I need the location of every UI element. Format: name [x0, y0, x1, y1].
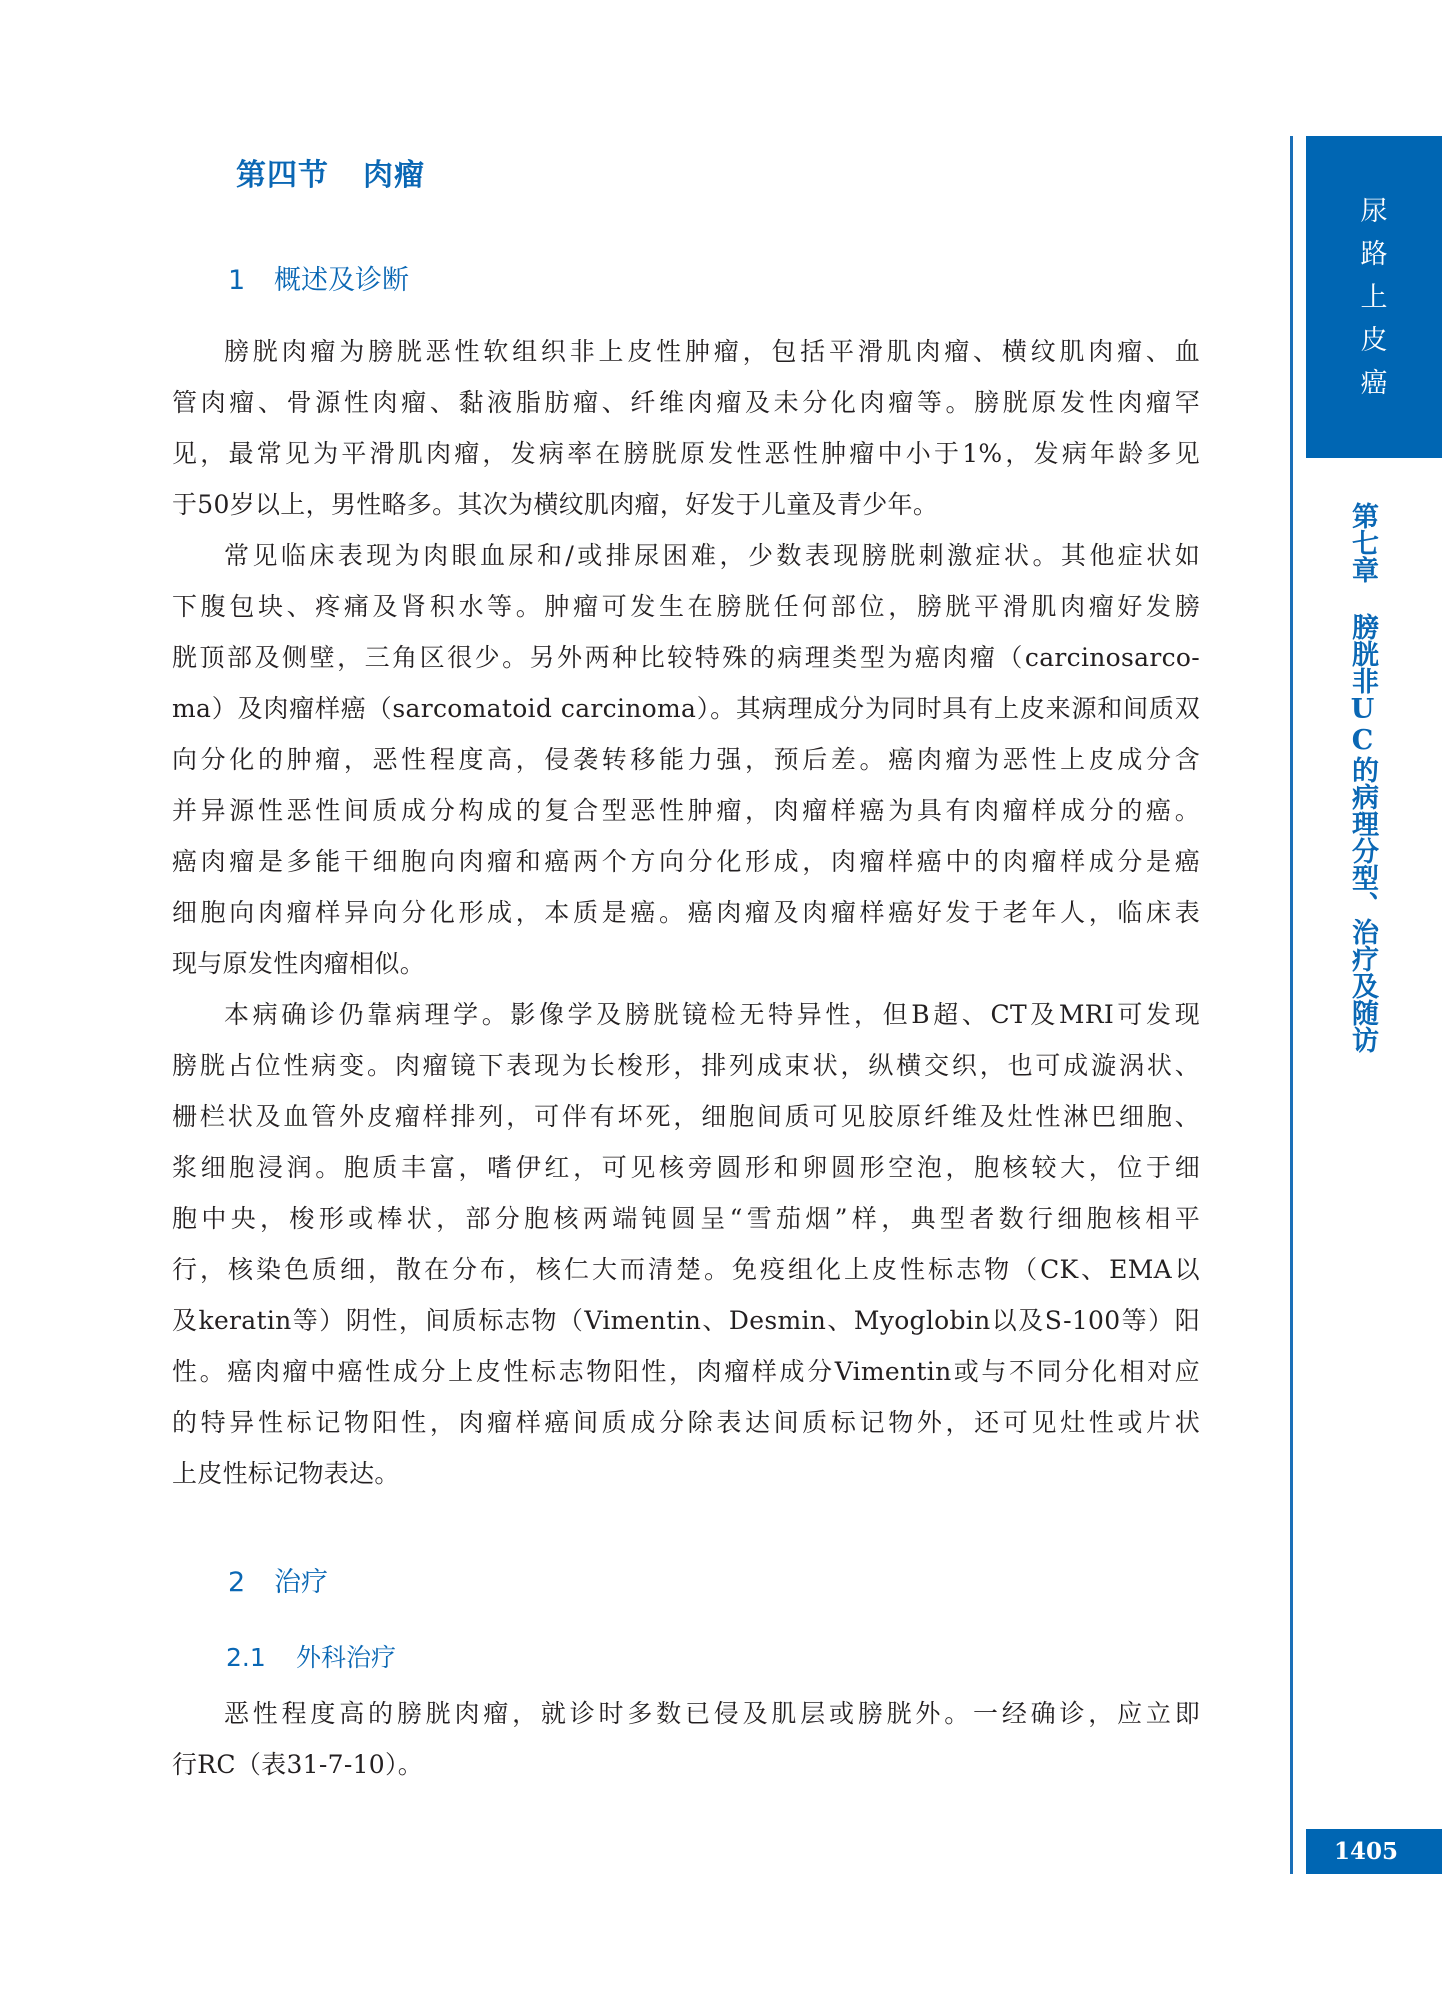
heading-number: 2.1: [226, 1643, 296, 1672]
text-line: 胱顶部及侧壁，三角区很少。另外两种比较特殊的病理类型为癌肉瘤（carcinosa…: [172, 632, 1200, 683]
text-line: 常见临床表现为肉眼血尿和/或排尿困难，少数表现膀胱刺激症状。其他症状如: [172, 530, 1200, 581]
text-line: ma）及肉瘤样癌（sarcomatoid carcinoma）。其病理成分为同时…: [172, 683, 1200, 734]
text-line: 行RC（表31-7-10）。: [172, 1739, 1200, 1790]
text-line: 见，最常见为平滑肌肉瘤，发病率在膀胱原发性恶性肿瘤中小于1%，发病年龄多见: [172, 428, 1200, 479]
heading-surgical-treatment: 2.1外科治疗: [226, 1638, 396, 1674]
paragraph-4: 恶性程度高的膀胱肉瘤，就诊时多数已侵及肌层或膀胱外。一经确诊，应立即 行RC（表…: [172, 1688, 1200, 1790]
heading-text: 外科治疗: [296, 1643, 396, 1672]
margin-vertical-rule: [1290, 136, 1293, 1874]
section-title: 第四节肉瘤: [236, 150, 425, 194]
part-tab-char: 路: [1361, 233, 1388, 276]
text-line: 膀胱肉瘤为膀胱恶性软组织非上皮性肿瘤，包括平滑肌肉瘤、横纹肌肉瘤、血: [172, 326, 1200, 377]
text-line: 浆细胞浸润。胞质丰富，嗜伊红，可见核旁圆形和卵圆形空泡，胞核较大，位于细: [172, 1142, 1200, 1193]
paragraph-3: 本病确诊仍靠病理学。影像学及膀胱镜检无特异性，但B超、CT及MRI可发现 膀胱占…: [172, 989, 1200, 1499]
heading-text: 概述及诊断: [274, 265, 409, 296]
text-line: 恶性程度高的膀胱肉瘤，就诊时多数已侵及肌层或膀胱外。一经确诊，应立即: [172, 1688, 1200, 1739]
text-line: 本病确诊仍靠病理学。影像学及膀胱镜检无特异性，但B超、CT及MRI可发现: [172, 989, 1200, 1040]
chapter-running-title: 第七章膀胱非UC的病理分型、治疗及随访: [1340, 502, 1384, 1053]
section-number: 第四节: [236, 158, 329, 193]
heading-number: 1: [228, 265, 274, 296]
text-line: 癌肉瘤是多能干细胞向肉瘤和癌两个方向分化形成，肉瘤样癌中的肉瘤样成分是癌: [172, 836, 1200, 887]
text-line: 于50岁以上，男性略多。其次为横纹肌肉瘤，好发于儿童及青少年。: [172, 479, 1200, 530]
page-number: 1405: [1306, 1829, 1442, 1874]
text-line: 管肉瘤、骨源性肉瘤、黏液脂肪瘤、纤维肉瘤及未分化肉瘤等。膀胱原发性肉瘤罕: [172, 377, 1200, 428]
text-line: 性。癌肉瘤中癌性成分上皮性标志物阳性，肉瘤样成分Vimentin或与不同分化相对…: [172, 1346, 1200, 1397]
part-tab-char: 癌: [1361, 362, 1388, 405]
part-tab: 尿 路 上 皮 癌: [1306, 136, 1442, 458]
section-name: 肉瘤: [363, 158, 425, 193]
text-line: 胞中央，梭形或棒状，部分胞核两端钝圆呈“雪茄烟”样，典型者数行细胞核相平: [172, 1193, 1200, 1244]
text-line: 及keratin等）阴性，间质标志物（Vimentin、Desmin、Myogl…: [172, 1295, 1200, 1346]
text-line: 行，核染色质细，散在分布，核仁大而清楚。免疫组化上皮性标志物（CK、EMA以: [172, 1244, 1200, 1295]
heading-number: 2: [228, 1567, 274, 1598]
chapter-title: 膀胱非UC的病理分型、治疗及随访: [1347, 613, 1378, 1053]
text-line: 上皮性标记物表达。: [172, 1448, 1200, 1499]
text-line: 膀胱占位性病变。肉瘤镜下表现为长梭形，排列成束状，纵横交织，也可成漩涡状、: [172, 1040, 1200, 1091]
text-line: 细胞向肉瘤样异向分化形成，本质是癌。癌肉瘤及肉瘤样癌好发于老年人，临床表: [172, 887, 1200, 938]
text-line: 栅栏状及血管外皮瘤样排列，可伴有坏死，细胞间质可见胶原纤维及灶性淋巴细胞、: [172, 1091, 1200, 1142]
part-tab-char: 尿: [1361, 190, 1388, 233]
text-line: 的特异性标记物阳性，肉瘤样癌间质成分除表达间质标记物外，还可见灶性或片状: [172, 1397, 1200, 1448]
chapter-label: 第七章: [1347, 502, 1378, 583]
heading-treatment: 2治疗: [228, 1560, 328, 1599]
text-line: 现与原发性肉瘤相似。: [172, 938, 1200, 989]
text-line: 向分化的肿瘤，恶性程度高，侵袭转移能力强，预后差。癌肉瘤为恶性上皮成分含: [172, 734, 1200, 785]
part-tab-char: 皮: [1361, 319, 1388, 362]
heading-overview-diagnosis: 1概述及诊断: [228, 258, 409, 297]
text-line: 并异源性恶性间质成分构成的复合型恶性肿瘤，肉瘤样癌为具有肉瘤样成分的癌。: [172, 785, 1200, 836]
paragraph-2: 常见临床表现为肉眼血尿和/或排尿困难，少数表现膀胱刺激症状。其他症状如 下腹包块…: [172, 530, 1200, 989]
paragraph-1: 膀胱肉瘤为膀胱恶性软组织非上皮性肿瘤，包括平滑肌肉瘤、横纹肌肉瘤、血 管肉瘤、骨…: [172, 326, 1200, 530]
heading-text: 治疗: [274, 1567, 328, 1598]
part-tab-char: 上: [1361, 276, 1388, 319]
text-line: 下腹包块、疼痛及肾积水等。肿瘤可发生在膀胱任何部位，膀胱平滑肌肉瘤好发膀: [172, 581, 1200, 632]
